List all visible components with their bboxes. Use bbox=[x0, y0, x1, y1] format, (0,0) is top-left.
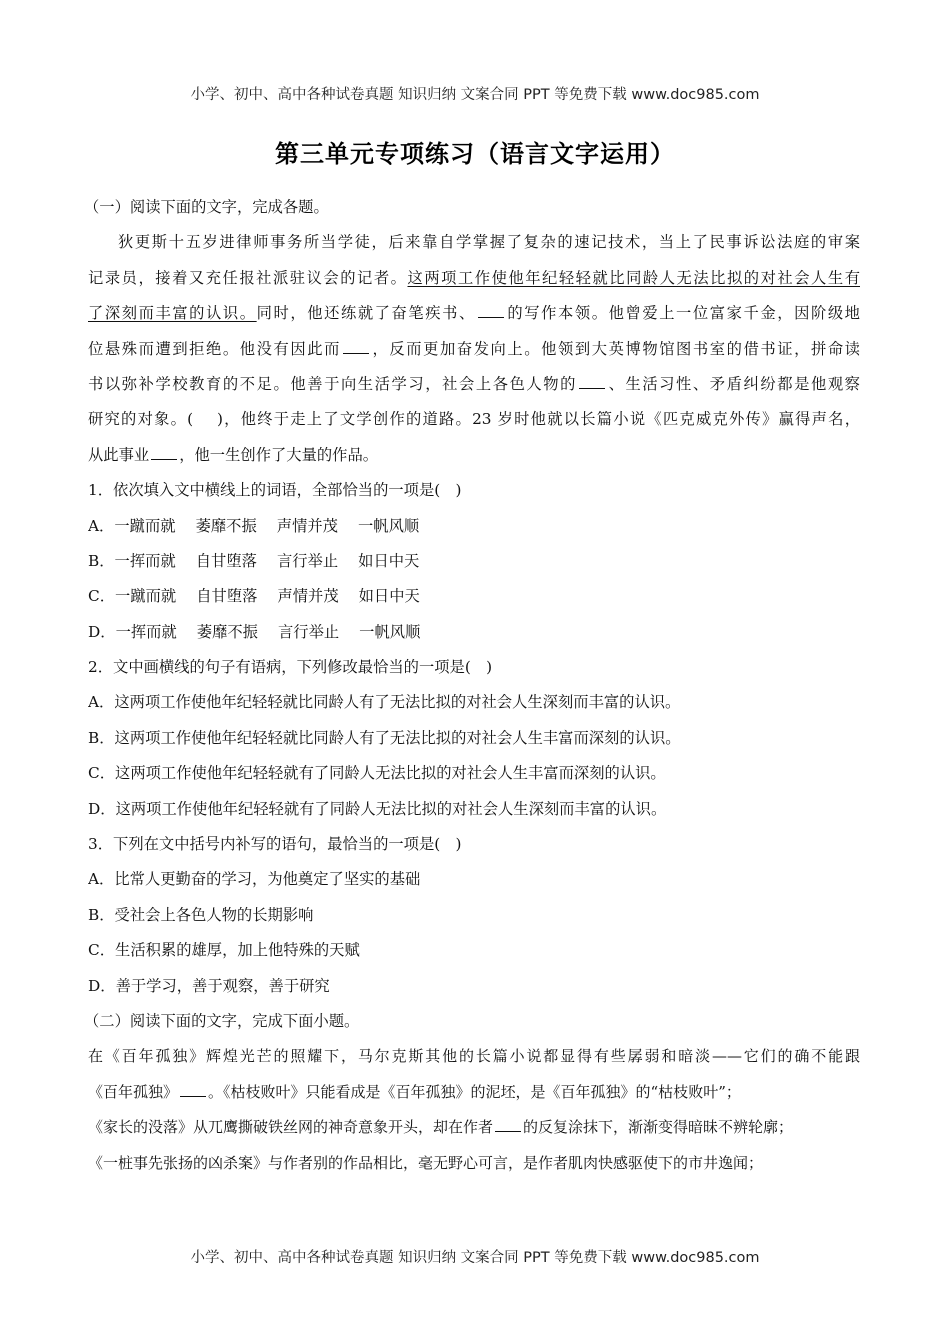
option-term: 一蹴而就 bbox=[114, 509, 175, 544]
passage-line: 《家长的没落》从兀鹰撕破铁丝网的神奇意象开头，却在作者的反复涂抹下，渐渐变得暗昧… bbox=[88, 1110, 860, 1145]
fill-blank bbox=[343, 341, 369, 354]
passage-line: 位悬殊而遭到拒绝。他没有因此而，反而更加奋发向上。他领到大英博物馆图书室的借书证… bbox=[88, 332, 860, 367]
page-footer-banner: 小学、初中、高中各种试卷真题 知识归纳 文案合同 PPT 等免费下载 www.d… bbox=[0, 1246, 950, 1267]
question-stem: 3．下列在文中括号内补写的语句，最恰当的一项是( ) bbox=[88, 827, 860, 862]
passage-text: ，他一生创作了大量的作品。 bbox=[179, 446, 378, 464]
passage-line: 了深刻而丰富的认识。同时，他还练就了奋笔疾书、的写作本领。他曾爱上一位富家千金，… bbox=[88, 296, 860, 331]
option-label: C． bbox=[88, 764, 115, 782]
option-term: 如日中天 bbox=[359, 579, 420, 614]
option-term: 一帆风顺 bbox=[359, 615, 420, 650]
option-term: 一挥而就 bbox=[116, 615, 177, 650]
option-term: 如日中天 bbox=[358, 544, 419, 579]
passage-text: ，反而更加奋发向上。他领到大英博物馆图书室的借书证，拼命读 bbox=[371, 340, 860, 358]
page-header-banner: 小学、初中、高中各种试卷真题 知识归纳 文案合同 PPT 等免费下载 www.d… bbox=[0, 83, 950, 104]
option-text: 生活积累的雄厚，加上他特殊的天赋 bbox=[115, 941, 360, 959]
option-text: 这两项工作使他年纪轻轻就有了同龄人无法比拟的对社会人生深刻而丰富的认识。 bbox=[116, 800, 667, 818]
passage-text: 同时，他还练就了奋笔疾书、 bbox=[257, 304, 476, 322]
option-text: 这两项工作使他年纪轻轻就比同龄人有了无法比拟的对社会人生丰富而深刻的认识。 bbox=[115, 729, 681, 747]
passage-line: 书以弥补学校教育的不足。他善于向生活学习，社会上各色人物的、生活习性、矛盾纠纷都… bbox=[88, 367, 860, 402]
section-2-passage: 在《百年孤独》辉煌光芒的照耀下，马尔克斯其他的长篇小说都显得有些孱弱和暗淡——它… bbox=[88, 1039, 860, 1181]
option-d[interactable]: D．一挥而就萎靡不振言行举止一帆风顺 bbox=[88, 615, 860, 650]
question-stem: 2．文中画横线的句子有语病，下列修改最恰当的一项是( ) bbox=[88, 650, 860, 685]
option-term: 声情并茂 bbox=[277, 579, 338, 614]
passage-line: 《百年孤独》。《枯枝败叶》只能看成是《百年孤独》的泥坯，是《百年孤独》的“枯枝败… bbox=[88, 1075, 860, 1110]
passage-text: 的写作本领。他曾爱上一位富家千金，因阶级地 bbox=[506, 304, 860, 322]
option-term: 声情并茂 bbox=[277, 509, 338, 544]
fill-blank bbox=[495, 1119, 521, 1132]
passage-text: 。《枯枝败叶》只能看成是《百年孤独》的泥坯，是《百年孤独》的“枯枝败叶”； bbox=[208, 1083, 741, 1101]
passage-line: 狄更斯十五岁进律师事务所当学徒，后来靠自学掌握了复杂的速记技术，当上了民事诉讼法… bbox=[88, 225, 860, 260]
option-term: 言行举止 bbox=[277, 544, 338, 579]
option-label: B． bbox=[88, 729, 115, 747]
passage-line: 记录员，接着又充任报社派驻议会的记者。这两项工作使他年纪轻轻就比同龄人无法比拟的… bbox=[88, 261, 860, 296]
section-1-heading: （一）阅读下面的文字，完成各题。 bbox=[84, 190, 860, 225]
option-term: 自甘堕落 bbox=[196, 579, 257, 614]
passage-text: 《家长的没落》从兀鹰撕破铁丝网的神奇意象开头，却在作者 bbox=[88, 1118, 493, 1136]
option-a[interactable]: A．比常人更勤奋的学习，为他奠定了坚实的基础 bbox=[88, 862, 860, 897]
option-term: 萎靡不振 bbox=[197, 615, 258, 650]
option-text: 这两项工作使他年纪轻轻就有了同龄人无法比拟的对社会人生丰富而深刻的认识。 bbox=[115, 764, 666, 782]
page-title: 第三单元专项练习（语言文字运用） bbox=[0, 134, 950, 169]
passage-text: 从此事业 bbox=[88, 446, 149, 464]
passage-text: 的反复涂抹下，渐渐变得暗昧不辨轮廓； bbox=[523, 1118, 793, 1136]
option-b[interactable]: B．受社会上各色人物的长期影响 bbox=[88, 898, 860, 933]
option-text: 受社会上各色人物的长期影响 bbox=[115, 906, 314, 924]
option-d[interactable]: D．这两项工作使他年纪轻轻就有了同龄人无法比拟的对社会人生深刻而丰富的认识。 bbox=[88, 792, 860, 827]
option-term: 一蹴而就 bbox=[115, 579, 176, 614]
passage-line: 从此事业，他一生创作了大量的作品。 bbox=[88, 438, 860, 473]
document-body: （一）阅读下面的文字，完成各题。 狄更斯十五岁进律师事务所当学徒，后来靠自学掌握… bbox=[88, 190, 860, 1181]
option-d[interactable]: D．善于学习，善于观察，善于研究 bbox=[88, 969, 860, 1004]
fill-blank bbox=[579, 376, 605, 389]
section-1-passage: 狄更斯十五岁进律师事务所当学徒，后来靠自学掌握了复杂的速记技术，当上了民事诉讼法… bbox=[88, 225, 860, 473]
fill-blank bbox=[180, 1084, 206, 1097]
question-stem: 1．依次填入文中横线上的词语，全部恰当的一项是( ) bbox=[88, 473, 860, 508]
question-3: 3．下列在文中括号内补写的语句，最恰当的一项是( ) A．比常人更勤奋的学习，为… bbox=[88, 827, 860, 1004]
option-b[interactable]: B．这两项工作使他年纪轻轻就比同龄人有了无法比拟的对社会人生丰富而深刻的认识。 bbox=[88, 721, 860, 756]
option-b[interactable]: B．一挥而就自甘堕落言行举止如日中天 bbox=[88, 544, 860, 579]
question-2: 2．文中画横线的句子有语病，下列修改最恰当的一项是( ) A．这两项工作使他年纪… bbox=[88, 650, 860, 827]
passage-text: 记录员，接着又充任报社派驻议会的记者。 bbox=[88, 269, 408, 287]
fill-blank bbox=[151, 447, 177, 460]
option-label: A． bbox=[88, 870, 114, 888]
option-label: C． bbox=[88, 941, 115, 959]
option-term: 一挥而就 bbox=[115, 544, 176, 579]
passage-text: 书以弥补学校教育的不足。他善于向生活学习，社会上各色人物的 bbox=[88, 375, 577, 393]
option-label: B． bbox=[88, 552, 115, 570]
option-term: 自甘堕落 bbox=[196, 544, 257, 579]
passage-text: 、生活习性、矛盾纠纷都是他观察 bbox=[607, 375, 860, 393]
option-a[interactable]: A．这两项工作使他年纪轻轻就比同龄人有了无法比拟的对社会人生深刻而丰富的认识。 bbox=[88, 685, 860, 720]
option-label: A． bbox=[88, 517, 114, 535]
option-text: 善于学习，善于观察，善于研究 bbox=[116, 977, 330, 995]
option-c[interactable]: C．这两项工作使他年纪轻轻就有了同龄人无法比拟的对社会人生丰富而深刻的认识。 bbox=[88, 756, 860, 791]
option-c[interactable]: C．生活积累的雄厚，加上他特殊的天赋 bbox=[88, 933, 860, 968]
option-a[interactable]: A．一蹴而就萎靡不振声情并茂一帆风顺 bbox=[88, 509, 860, 544]
option-label: D． bbox=[88, 977, 116, 995]
option-term: 一帆风顺 bbox=[358, 509, 419, 544]
question-1: 1．依次填入文中横线上的词语，全部恰当的一项是( ) A．一蹴而就萎靡不振声情并… bbox=[88, 473, 860, 650]
option-text: 比常人更勤奋的学习，为他奠定了坚实的基础 bbox=[114, 870, 420, 888]
passage-line: 《一桩事先张扬的凶杀案》与作者别的作品相比，毫无野心可言，是作者肌肉快感驱使下的… bbox=[88, 1146, 860, 1181]
option-label: A． bbox=[88, 693, 114, 711]
underlined-sentence: 这两项工作使他年纪轻轻就比同龄人无法比拟的对社会人生有 bbox=[408, 269, 861, 287]
section-2-heading: （二）阅读下面的文字，完成下面小题。 bbox=[84, 1004, 860, 1039]
option-label: B． bbox=[88, 906, 115, 924]
option-label: C． bbox=[88, 587, 115, 605]
fill-blank bbox=[478, 305, 504, 318]
option-term: 萎靡不振 bbox=[196, 509, 257, 544]
passage-text: 位悬殊而遭到拒绝。他没有因此而 bbox=[88, 340, 341, 358]
option-label: D． bbox=[88, 800, 116, 818]
underlined-sentence: 了深刻而丰富的认识。 bbox=[88, 304, 257, 322]
passage-line: 在《百年孤独》辉煌光芒的照耀下，马尔克斯其他的长篇小说都显得有些孱弱和暗淡——它… bbox=[88, 1039, 860, 1074]
passage-text: 《百年孤独》 bbox=[88, 1083, 178, 1101]
option-c[interactable]: C．一蹴而就自甘堕落声情并茂如日中天 bbox=[88, 579, 860, 614]
option-label: D． bbox=[88, 623, 116, 641]
option-term: 言行举止 bbox=[278, 615, 339, 650]
passage-line: 研究的对象。( )，他终于走上了文学创作的道路。23 岁时他就以长篇小说《匹克威… bbox=[88, 402, 860, 437]
option-text: 这两项工作使他年纪轻轻就比同龄人有了无法比拟的对社会人生深刻而丰富的认识。 bbox=[114, 693, 680, 711]
